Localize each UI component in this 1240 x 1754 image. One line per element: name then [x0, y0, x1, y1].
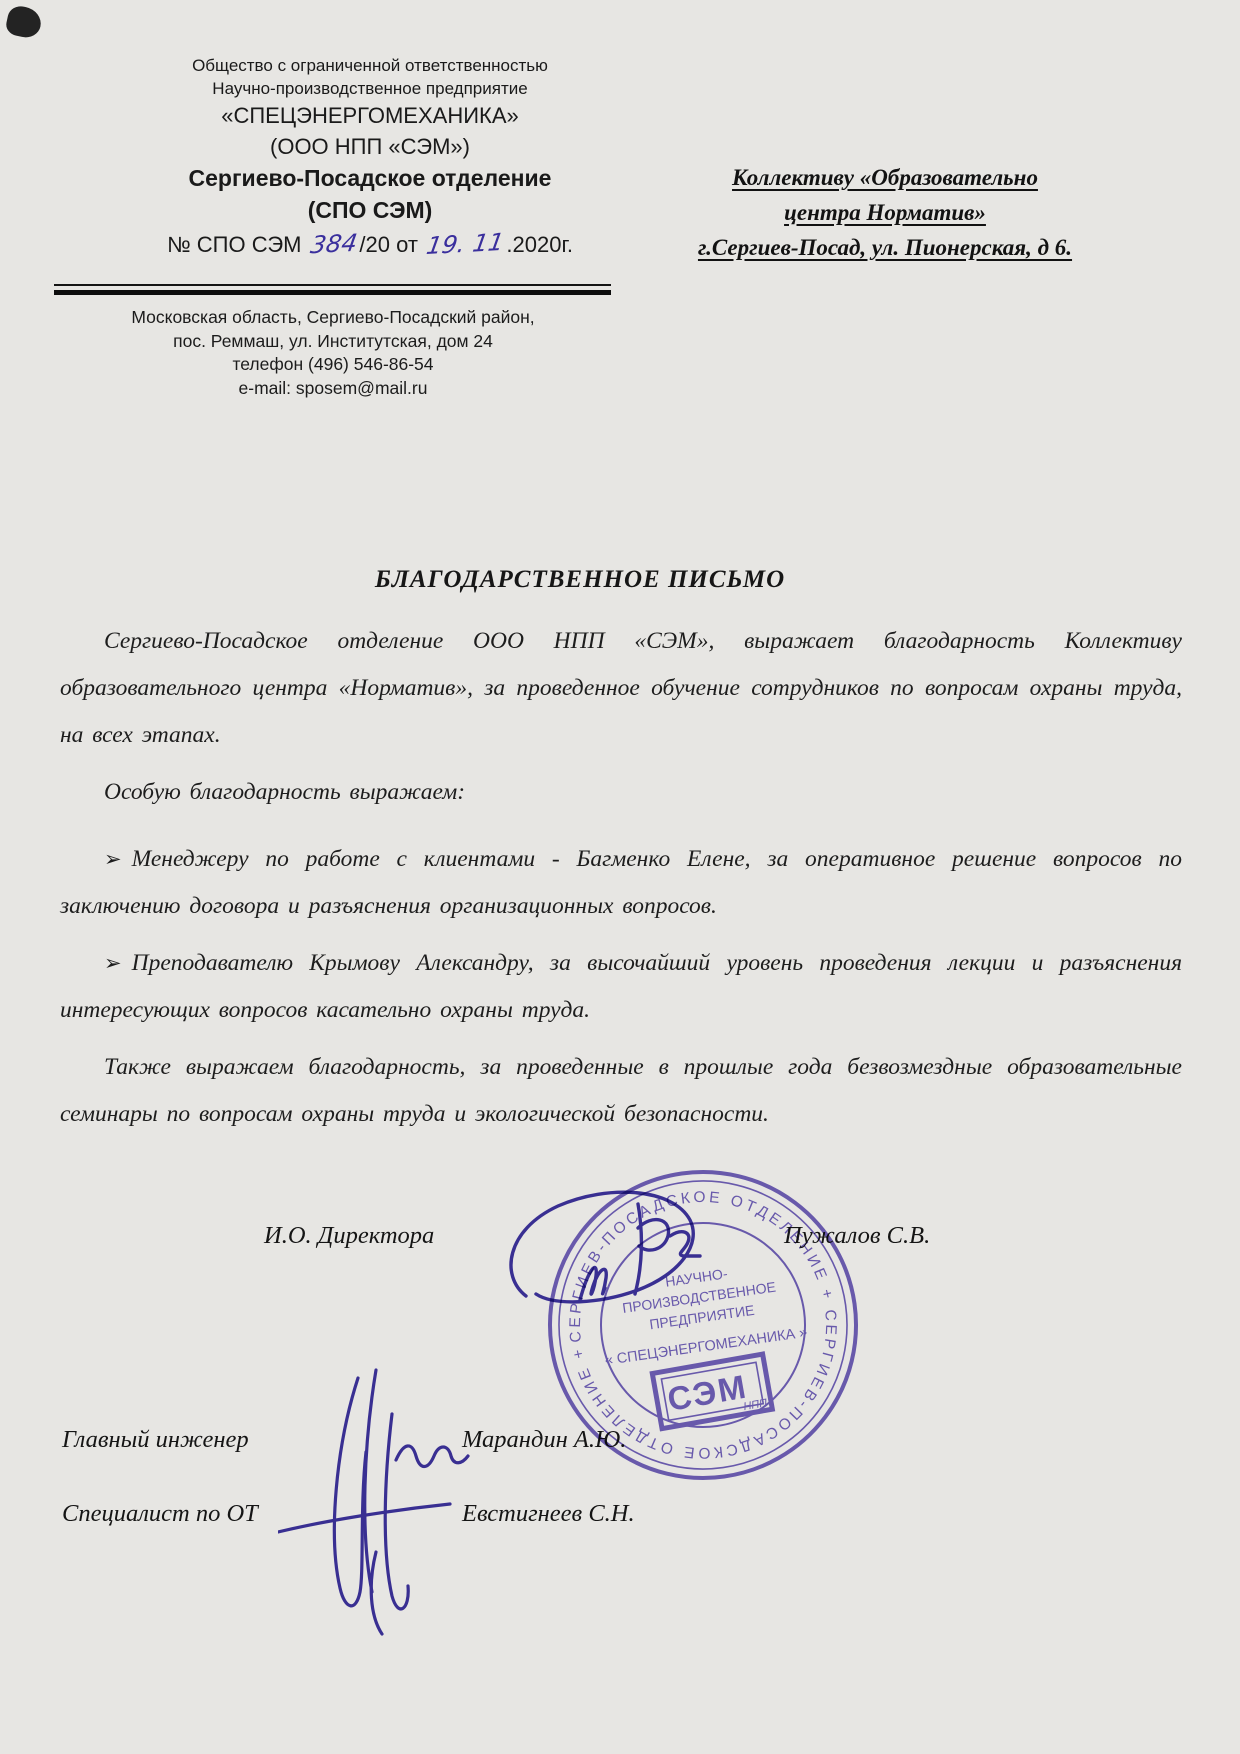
- contact-street-line: пос. Реммаш, ул. Институтская, дом 24: [68, 330, 598, 354]
- paragraph-bullet-manager: ➢Менеджеру по работе с клиентами - Багме…: [60, 836, 1182, 930]
- contact-phone-line: телефон (496) 546-86-54: [68, 353, 598, 377]
- paragraph-bullet-lecturer: ➢Преподавателю Крымову Александру, за вы…: [60, 940, 1182, 1034]
- recipient-line: Коллективу «Образовательно: [626, 160, 1144, 195]
- engineer-signature: [278, 1356, 498, 1646]
- contact-email-line: e-mail: sposem@mail.ru: [68, 377, 598, 401]
- org-name-line: «СПЕЦЭНЕРГОМЕХАНИКА»: [110, 100, 630, 131]
- org-branch-short-line: (СПО СЭМ): [110, 194, 630, 226]
- org-kind-line: Научно-производственное предприятие: [110, 77, 630, 100]
- org-short-line: (ООО НПП «СЭМ»): [110, 131, 630, 162]
- contact-region-line: Московская область, Сергиево-Посадский р…: [68, 306, 598, 330]
- paragraph-lead-in: Особую благодарность выражаем:: [60, 769, 1182, 816]
- contact-block: Московская область, Сергиево-Посадский р…: [68, 306, 598, 400]
- org-type-line: Общество с ограниченной ответственностью: [110, 54, 630, 77]
- recipient-line: центра Норматив»: [626, 195, 1144, 230]
- ref-number-line: № СПО СЭМ 384/20 от 19. 11.2020г.: [110, 230, 630, 258]
- org-header: Общество с ограниченной ответственностью…: [110, 54, 630, 226]
- specialist-title: Специалист по ОТ: [62, 1500, 258, 1528]
- ref-number-handwritten: 384: [308, 229, 359, 259]
- org-branch-line: Сергиево-Посадское отделение: [110, 162, 630, 194]
- arrow-bullet-icon: ➢: [104, 951, 122, 975]
- recipient-line: г.Сергиев-Посад, ул. Пионерская, д 6.: [626, 230, 1144, 265]
- header-divider-rule: [54, 284, 611, 295]
- ref-suffix: .2020г.: [506, 232, 573, 257]
- letter-body: Сергиево-Посадское отделение ООО НПП «СЭ…: [60, 618, 1182, 1148]
- arrow-bullet-icon: ➢: [104, 847, 122, 871]
- paragraph-closing: Также выражаем благодарность, за проведе…: [60, 1044, 1182, 1138]
- recipient-block: Коллективу «Образовательно центра Нормат…: [626, 160, 1144, 265]
- paragraph-intro: Сергиево-Посадское отделение ООО НПП «СЭ…: [60, 618, 1182, 759]
- ref-prefix: № СПО СЭМ: [167, 232, 301, 257]
- scanned-letter-page: Общество с ограниченной ответственностью…: [0, 0, 1240, 1754]
- director-title: И.О. Директора: [264, 1222, 434, 1250]
- scan-artifact-blob: [4, 4, 43, 40]
- stamp-logo: СЭМ: [665, 1368, 751, 1418]
- director-signature: [488, 1178, 728, 1358]
- ref-mid: /20 от: [359, 232, 418, 257]
- ref-date-handwritten: 19. 11: [424, 228, 506, 260]
- letter-title: БЛАГОДАРСТВЕННОЕ ПИСЬМО: [310, 566, 850, 594]
- engineer-title: Главный инженер: [62, 1426, 249, 1454]
